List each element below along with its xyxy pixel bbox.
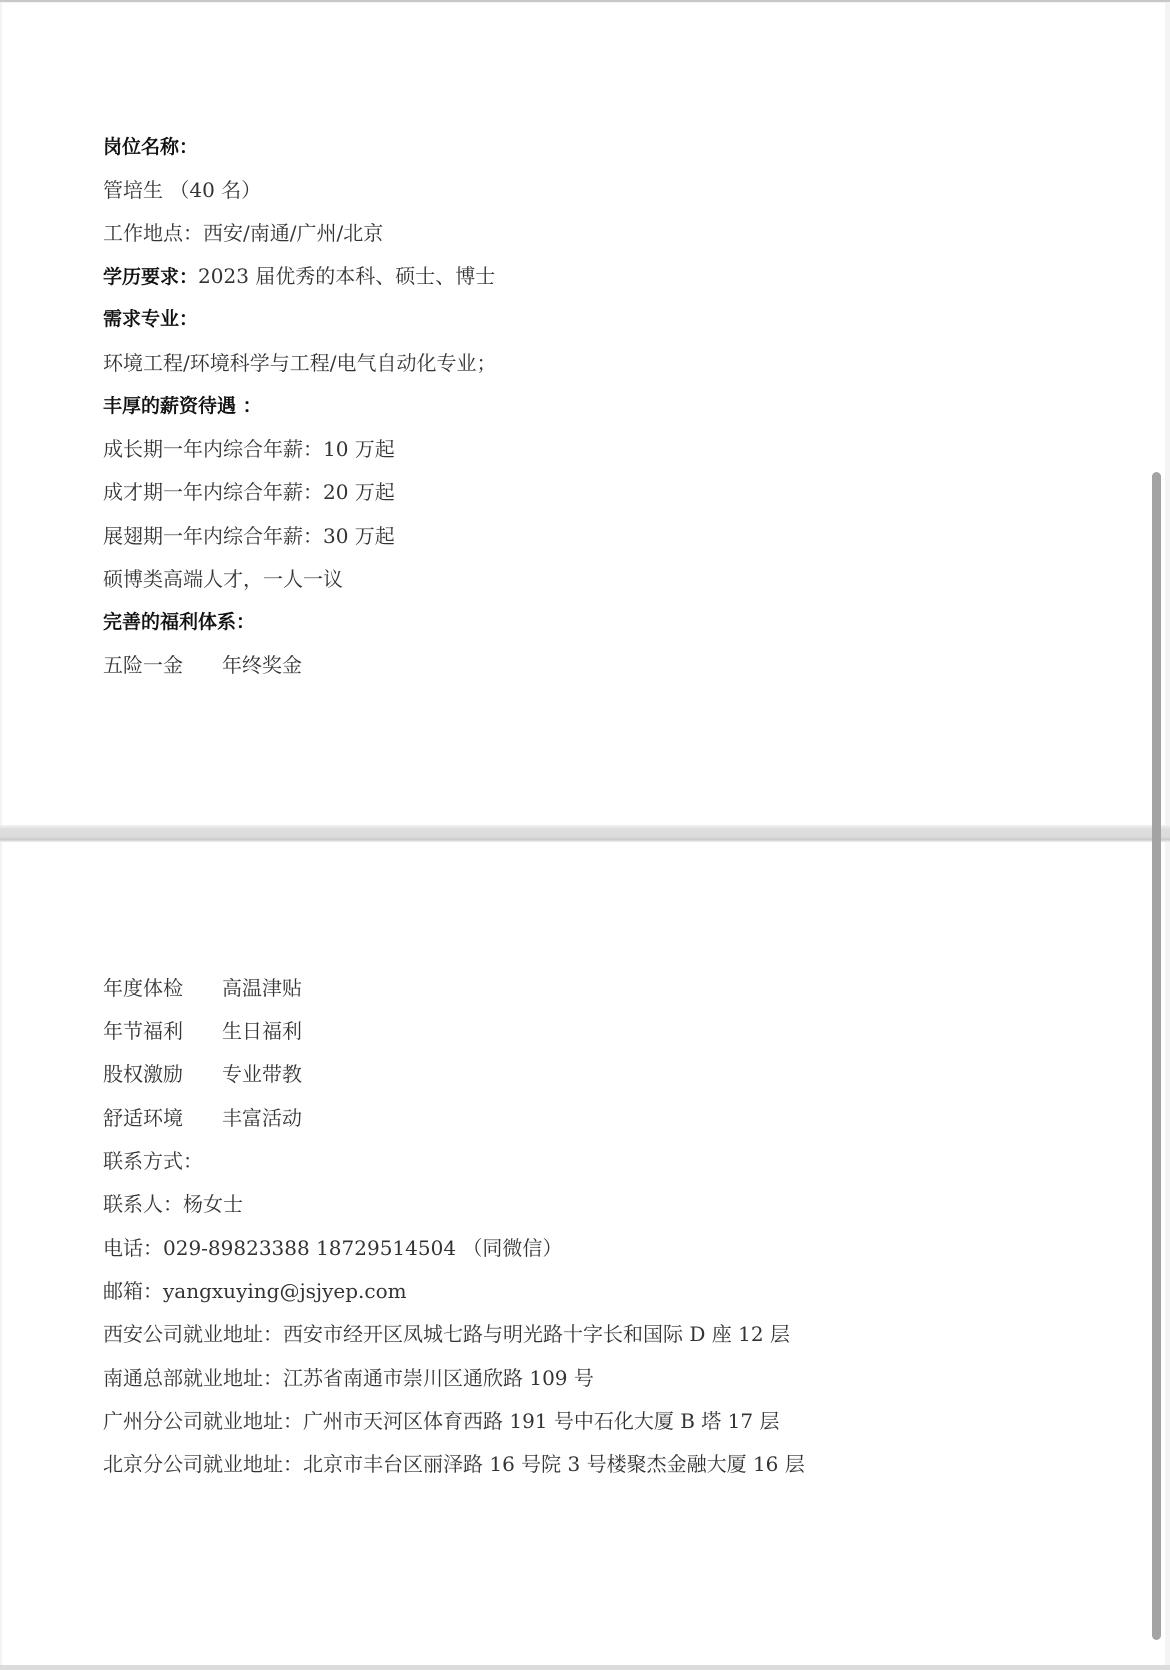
viewer-top-border [0, 0, 1170, 2]
page-separator [0, 825, 1170, 842]
heading-position-name: 岗位名称： [103, 133, 198, 161]
benefit-item: 生日福利 [222, 1017, 302, 1045]
benefit-item: 舒适环境 [103, 1106, 183, 1130]
salary-talent-stage: 成才期一年内综合年薪：20 万起 [103, 478, 395, 506]
benefit-item: 专业带教 [222, 1060, 302, 1088]
document-viewer: 岗位名称： 管培生 （40 名） 工作地点：西安/南通/广州/北京 学历要求：2… [0, 0, 1170, 1670]
benefit-item: 年度体检 [103, 976, 183, 1000]
benefit-row: 年度体检 高温津贴 [103, 974, 403, 1002]
scrollbar-thumb[interactable] [1152, 472, 1161, 1640]
document-page-1: 岗位名称： 管培生 （40 名） 工作地点：西安/南通/广州/北京 学历要求：2… [2, 3, 1165, 825]
contact-phone: 电话：029-89823388 18729514504 （同微信） [103, 1234, 562, 1262]
position-title: 管培生 （40 名） [103, 176, 261, 204]
education-label: 学历要求： [103, 266, 198, 288]
benefit-row: 股权激励 专业带教 [103, 1060, 403, 1088]
heading-salary: 丰厚的薪资待遇 ： [103, 392, 262, 420]
contact-person: 联系人：杨女士 [103, 1190, 243, 1218]
benefit-item: 高温津贴 [222, 974, 302, 1002]
heading-required-majors: 需求专业： [103, 305, 198, 333]
education-requirement: 学历要求：2023 届优秀的本科、硕士、博士 [103, 262, 495, 290]
benefit-item: 股权激励 [103, 1062, 183, 1086]
address-guangzhou: 广州分公司就业地址：广州市天河区体育西路 191 号中石化大厦 B 塔 17 层 [103, 1407, 779, 1435]
contact-email: 邮箱：yangxuying@jsjyep.com [103, 1277, 407, 1305]
education-value: 2023 届优秀的本科、硕士、博士 [198, 264, 495, 288]
address-nantong: 南通总部就业地址：江苏省南通市崇川区通欣路 109 号 [103, 1364, 594, 1392]
benefit-row: 五险一金 年终奖金 [103, 651, 403, 679]
address-xian: 西安公司就业地址：西安市经开区凤城七路与明光路十字长和国际 D 座 12 层 [103, 1320, 790, 1348]
benefit-item: 年节福利 [103, 1019, 183, 1043]
salary-growth-stage: 成长期一年内综合年薪：10 万起 [103, 435, 395, 463]
benefit-row: 年节福利 生日福利 [103, 1017, 403, 1045]
benefit-row: 舒适环境 丰富活动 [103, 1104, 403, 1132]
benefit-item: 丰富活动 [222, 1104, 302, 1132]
contact-heading: 联系方式： [103, 1147, 203, 1175]
document-page-2: 年度体检 高温津贴 年节福利 生日福利 股权激励 专业带教 舒适环境 丰富活动 … [2, 842, 1165, 1665]
viewer-bottom-border [0, 1665, 1170, 1670]
heading-benefits: 完善的福利体系： [103, 608, 255, 636]
salary-high-end-talent: 硕博类高端人才，一人一议 [103, 565, 343, 593]
salary-flight-stage: 展翅期一年内综合年薪：30 万起 [103, 522, 395, 550]
benefit-item: 五险一金 [103, 653, 183, 677]
benefit-item: 年终奖金 [222, 651, 302, 679]
address-beijing: 北京分公司就业地址：北京市丰台区丽泽路 16 号院 3 号楼聚杰金融大厦 16 … [103, 1450, 805, 1478]
required-majors: 环境工程/环境科学与工程/电气自动化专业； [103, 349, 496, 377]
work-location: 工作地点：西安/南通/广州/北京 [103, 219, 383, 247]
